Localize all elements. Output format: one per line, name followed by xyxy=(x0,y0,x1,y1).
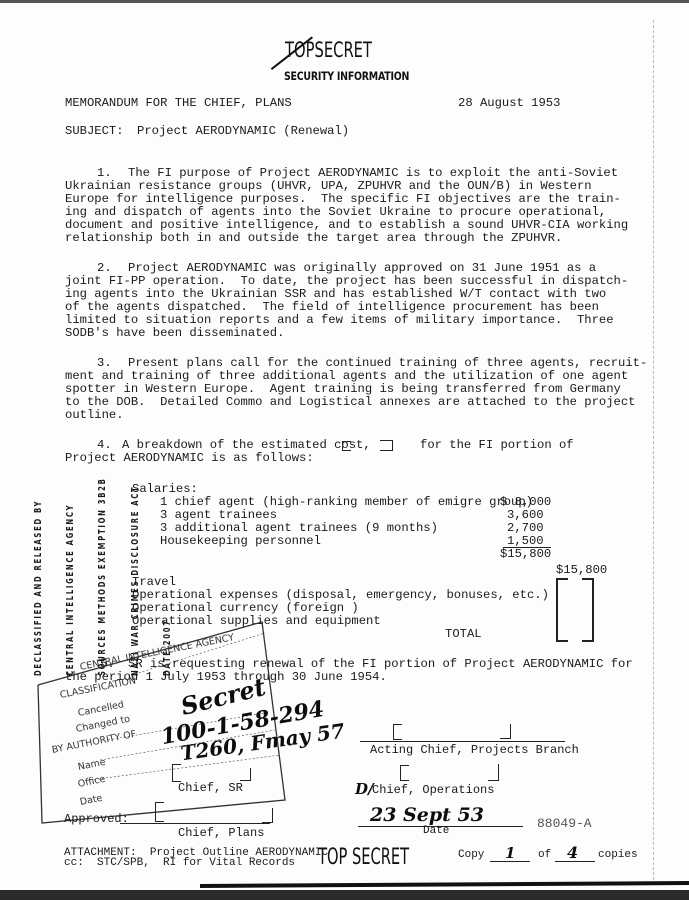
redaction-bracket-right xyxy=(262,808,273,823)
signature-line xyxy=(360,741,565,742)
footer-classification: TOP SECRET xyxy=(318,845,409,870)
copy-number: 1 xyxy=(505,844,515,862)
document-number: 88049-A xyxy=(537,817,592,830)
signature-chief-plans: Chief, Plans xyxy=(178,826,264,840)
redaction-bracket-right xyxy=(488,764,499,781)
signature-chief-operations: Chief, Operations xyxy=(372,783,494,797)
copy-label: Copy xyxy=(458,850,484,862)
signature-chief-sr: Chief, SR xyxy=(178,781,243,795)
redaction-bracket-left xyxy=(155,802,164,822)
date-label: Date xyxy=(423,826,449,838)
signature-acting-chief: Acting Chief, Projects Branch xyxy=(370,743,579,757)
copy-total: 4 xyxy=(567,843,578,862)
redaction-bracket-right xyxy=(500,724,511,739)
cc-line: cc: STC/SPB, RI for Vital Records xyxy=(64,858,295,870)
copies-label: copies xyxy=(598,850,638,862)
approval-line xyxy=(120,823,270,824)
scan-bottom-edge xyxy=(0,890,689,900)
memo-page: TOPSECRET SECURITY INFORMATION MEMORANDU… xyxy=(0,0,689,900)
redaction-bracket-right xyxy=(240,768,251,781)
initials-mark: D/ xyxy=(355,780,374,798)
approval-date-handwritten: 23 Sept 53 xyxy=(370,804,484,826)
redaction-bracket-left xyxy=(172,764,181,782)
redaction-bracket-left xyxy=(400,765,409,781)
redaction-bracket-left xyxy=(393,724,402,740)
of-label: of xyxy=(538,850,551,862)
